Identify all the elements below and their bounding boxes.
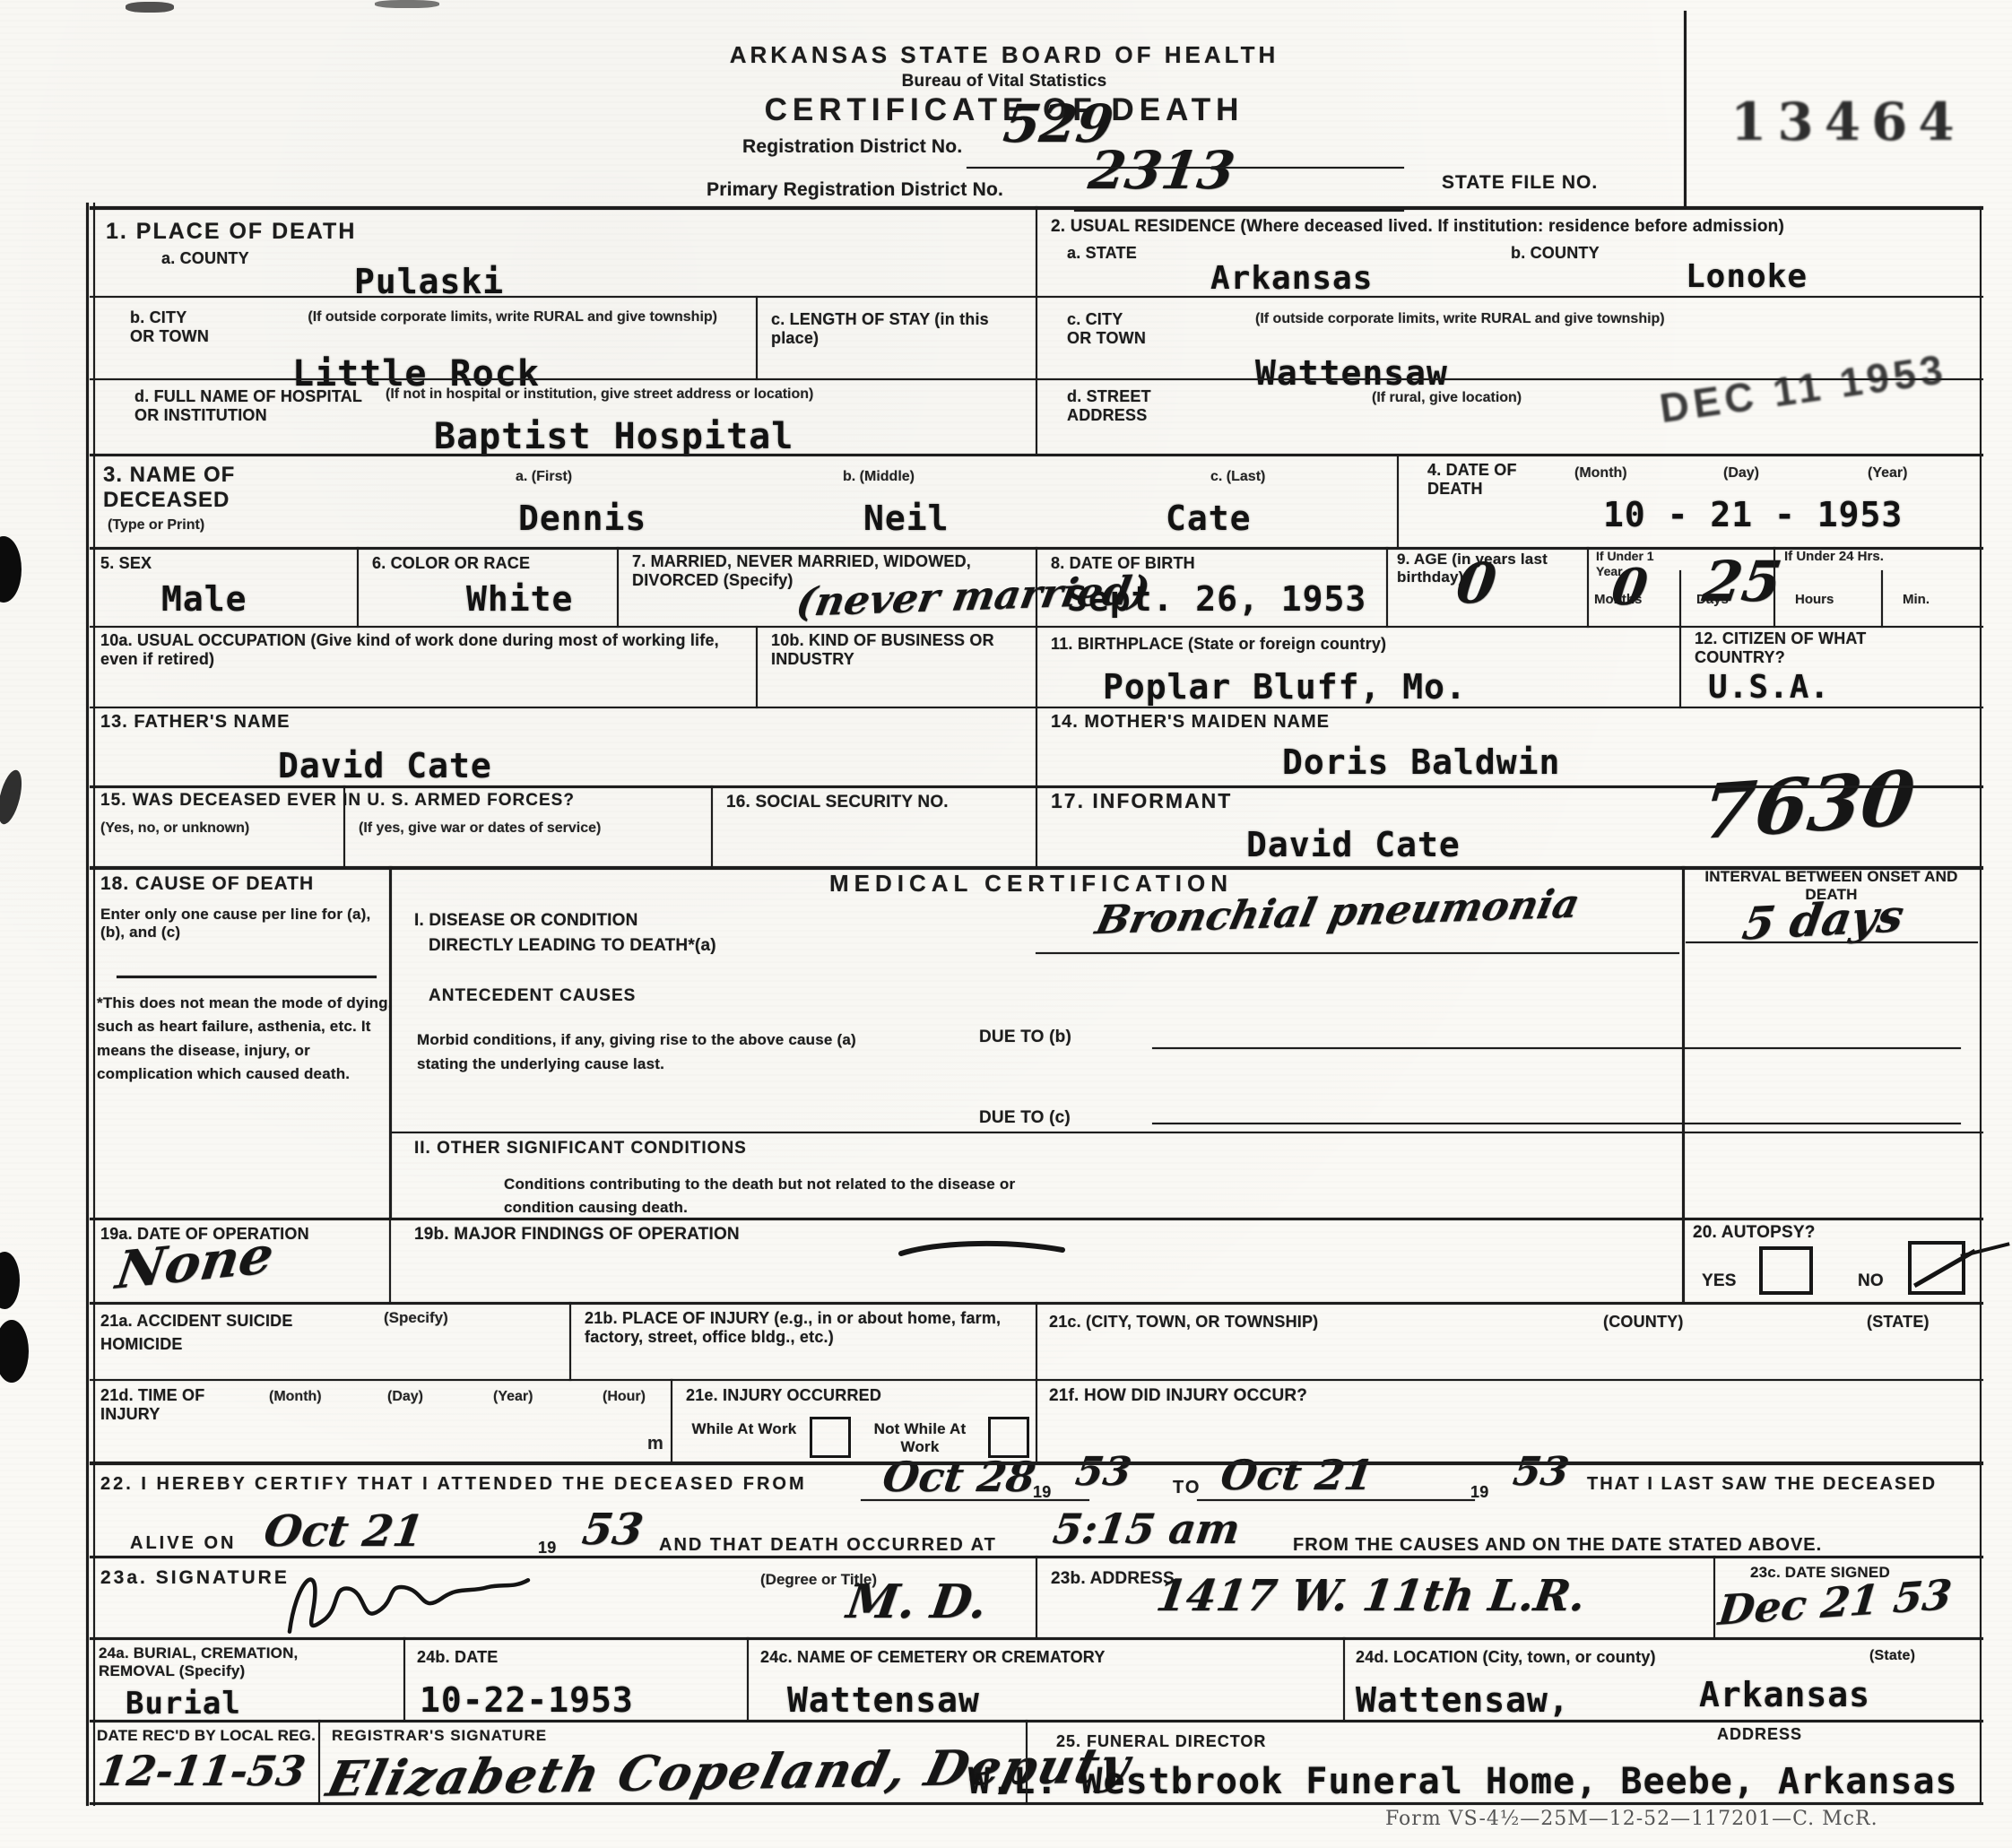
grid-line [1036, 785, 1037, 868]
mother-value: Doris Baldwin [1282, 742, 1560, 782]
injury-while-checkbox [810, 1417, 851, 1458]
cause-note2: *This does not mean the mode of dying, s… [97, 992, 393, 1086]
grid-line [1686, 941, 1978, 943]
grid-line [967, 167, 1404, 169]
autopsy-no-mark-tail [1960, 1242, 2009, 1257]
signature-address-label: 23b. ADDRESS [1051, 1569, 1175, 1589]
cause-note1: Enter only one cause per line for (a), (… [100, 906, 387, 941]
grid-line [1036, 1556, 1037, 1639]
burial-location-state-label: (State) [1869, 1648, 1915, 1665]
dod-month-label: (Month) [1574, 464, 1627, 482]
grid-line [617, 547, 619, 628]
res-city-note: (If outside corporate limits, write RURA… [1255, 310, 1829, 327]
father-value: David Cate [278, 746, 492, 785]
state-file-label: STATE FILE NO. [1442, 172, 1598, 195]
place-of-death-title: 1. PLACE OF DEATH [106, 219, 356, 246]
injury-meridian-mark: m [647, 1433, 663, 1454]
grid-line [1881, 570, 1883, 628]
burial-date-label: 24b. DATE [417, 1648, 498, 1667]
grid-line [389, 1218, 391, 1304]
informant-margin-number: 7630 [1698, 753, 1920, 856]
grid-line [1026, 1720, 1028, 1804]
res-street-note: (If rural, give location) [1372, 389, 1522, 406]
form-number: Form VS-4½—25M—12-52—117201—C. McR. [1385, 1808, 1878, 1830]
citizen-value: U.S.A. [1708, 669, 1830, 706]
grid-line [747, 1637, 749, 1722]
citizen-label: 12. CITIZEN OF WHAT COUNTRY? [1695, 629, 1946, 667]
birthplace-value: Poplar Bluff, Mo. [1103, 667, 1467, 707]
board-title: ARKANSAS STATE BOARD OF HEALTH [574, 41, 1435, 69]
funeral-address-label: ADDRESS [1717, 1725, 1802, 1744]
primary-district-value: 2313 [1085, 140, 1238, 201]
age-min-label: Min. [1903, 592, 1930, 608]
name-last-value: Cate [1166, 499, 1252, 538]
certify-alive-year-value: 53 [579, 1505, 646, 1555]
grid-line [93, 203, 95, 1806]
injury-state-label: (STATE) [1867, 1313, 1930, 1332]
antecedent-note: Morbid conditions, if any, giving rise t… [417, 1028, 901, 1076]
dod-day-label: (Day) [1723, 464, 1759, 482]
grid-line [1036, 1379, 1037, 1463]
grid-line [1713, 1556, 1715, 1639]
grid-line [1980, 206, 1982, 1804]
injury-hour-label: (Hour) [603, 1388, 646, 1405]
disease-label-line2: DIRECTLY LEADING TO DEATH*(a) [429, 936, 716, 956]
informant-label: 17. INFORMANT [1051, 789, 1232, 813]
cause-of-death-label: 18. CAUSE OF DEATH [100, 873, 314, 896]
primary-district-label: Primary Registration District No. [707, 179, 1003, 202]
certify-alive-label: ALIVE ON [130, 1533, 236, 1555]
certify-line2-post: FROM THE CAUSES AND ON THE DATE STATED A… [1293, 1535, 1822, 1557]
grid-line [90, 1218, 1983, 1220]
autopsy-yes-checkbox [1759, 1246, 1813, 1295]
cemetery-label: 24c. NAME OF CEMETERY OR CREMATORY [760, 1648, 1106, 1667]
res-county-value: Lonoke [1686, 258, 1808, 295]
grid-line [403, 1637, 405, 1722]
grid-line [1682, 866, 1685, 1304]
grid-line [90, 1720, 1983, 1722]
grid-line [711, 785, 713, 868]
accident-label: 21a. ACCIDENT SUICIDE HOMICIDE [100, 1309, 316, 1356]
grid-line [1036, 547, 1037, 628]
certify-line1-post: THAT I LAST SAW THE DECEASED [1587, 1474, 1937, 1496]
autopsy-yes-label: YES [1702, 1271, 1737, 1291]
injury-city-label: 21c. (CITY, TOWN, OR TOWNSHIP) [1049, 1313, 1318, 1332]
other-conditions-label: II. OTHER SIGNIFICANT CONDITIONS [414, 1139, 747, 1158]
res-state-label: a. STATE [1067, 244, 1137, 263]
grid-line [1679, 626, 1681, 708]
injury-time-label: 21d. TIME OF INJURY [100, 1386, 212, 1424]
grid-line [1197, 1499, 1475, 1501]
scan-artifact [0, 1320, 29, 1383]
res-state-value: Arkansas [1210, 260, 1373, 297]
injury-year-label: (Year) [493, 1388, 533, 1405]
name-middle-label: b. (Middle) [843, 468, 915, 485]
res-city-value: Wattensaw [1255, 353, 1448, 393]
age-value: 0 [1453, 551, 1500, 616]
mother-label: 14. MOTHER'S MAIDEN NAME [1051, 712, 1330, 733]
grid-line [1036, 1302, 1037, 1381]
grid-line [756, 296, 758, 380]
certify-time-value: 5:15 am [1050, 1505, 1243, 1553]
grid-line [318, 1720, 320, 1804]
dod-value: 10 - 21 - 1953 [1603, 495, 1903, 534]
scan-artifact [0, 1252, 20, 1309]
grid-line [1774, 547, 1775, 628]
grid-line [1152, 1123, 1961, 1124]
certify-from-value: Oct 28 [880, 1453, 1038, 1501]
race-value: White [466, 579, 573, 619]
injury-county-label: (COUNTY) [1603, 1313, 1684, 1332]
certify-to-year-value: 53 [1510, 1449, 1571, 1495]
dod-year-label: (Year) [1868, 464, 1907, 482]
injury-month-label: (Month) [269, 1388, 322, 1405]
certify-line1: 22. I HEREBY CERTIFY THAT I ATTENDED THE… [100, 1474, 807, 1496]
res-city-label: c. CITY OR TOWN [1067, 310, 1149, 348]
dod-label: 4. DATE OF DEATH [1427, 461, 1548, 499]
death-certificate-scan: ARKANSAS STATE BOARD OF HEALTH Bureau of… [0, 0, 2012, 1848]
registration-district-label: Registration District No. [742, 136, 962, 159]
grid-line [389, 866, 392, 1219]
date-received-value: 12-11-53 [95, 1747, 308, 1795]
pod-stay-label: c. LENGTH OF STAY (in this place) [771, 310, 1022, 348]
grid-line [343, 785, 345, 868]
armed-forces-note1: (Yes, no, or unknown) [100, 820, 249, 837]
ssn-label: 16. SOCIAL SECURITY NO. [726, 793, 949, 812]
name-subtitle: (Type or Print) [108, 516, 204, 534]
age-hours-label: Hours [1795, 592, 1834, 608]
bureau-subtitle: Bureau of Vital Statistics [574, 72, 1435, 91]
birthplace-label: 11. BIRTHPLACE (State or foreign country… [1051, 635, 1386, 654]
dob-value: Sept. 26, 1953 [1067, 579, 1366, 619]
scan-artifact [375, 0, 439, 8]
race-label: 6. COLOR OR RACE [372, 554, 530, 573]
injury-occurred-label: 21e. INJURY OCCURRED [686, 1386, 881, 1405]
antecedent-label: ANTECEDENT CAUSES [429, 986, 636, 1006]
age-months-value: 0 [1608, 558, 1651, 617]
pod-county-label: a. COUNTY [161, 249, 249, 268]
scan-artifact [0, 536, 22, 603]
registrar-signature-label: REGISTRAR'S SIGNATURE [332, 1727, 547, 1745]
burial-date-value: 10-22-1953 [420, 1680, 634, 1720]
age-under-24-label: If Under 24 Hrs. [1784, 549, 1973, 565]
burial-location-state-value: Arkansas [1699, 1675, 1870, 1714]
burial-type-value: Burial [126, 1686, 241, 1722]
funeral-director-value: W.L. Westbrook Funeral Home, Beebe, Arka… [968, 1761, 1958, 1802]
autopsy-no-label: NO [1858, 1271, 1884, 1291]
grid-line [1679, 570, 1681, 628]
grid-line [1397, 455, 1399, 549]
pod-hospital-note: (If not in hospital or institution, give… [386, 386, 1040, 403]
funeral-director-label: 25. FUNERAL DIRECTOR [1056, 1732, 1266, 1751]
disease-label-line1: I. DISEASE OR CONDITION [414, 911, 638, 931]
name-title: 3. NAME OF DECEASED [103, 463, 296, 514]
certify-from-year-value: 53 [1072, 1449, 1133, 1495]
father-label: 13. FATHER'S NAME [100, 712, 290, 733]
certify-to-value: Oct 21 [1218, 1451, 1376, 1499]
injury-while-label: While At Work [686, 1420, 802, 1438]
residence-title: 2. USUAL RESIDENCE (Where deceased lived… [1051, 217, 1974, 237]
scan-artifact [0, 768, 26, 826]
grid-line [569, 1302, 571, 1381]
dob-label: 8. DATE OF BIRTH [1051, 554, 1195, 573]
other-conditions-note: Conditions contributing to the death but… [504, 1173, 1087, 1219]
grid-line [86, 203, 89, 1806]
grid-line [392, 1132, 1983, 1133]
name-first-label: a. (First) [516, 468, 572, 485]
pod-hospital-value: Baptist Hospital [434, 416, 794, 457]
sex-label: 5. SEX [100, 554, 152, 573]
sex-value: Male [161, 579, 247, 619]
grid-line [1074, 210, 1404, 212]
grid-line [1036, 707, 1037, 787]
grid-line [1343, 1637, 1345, 1722]
cemetery-value: Wattensaw [787, 1680, 980, 1720]
grid-line [1587, 547, 1589, 628]
certify-occurred-label: AND THAT DEATH OCCURRED AT [659, 1535, 997, 1557]
grid-line [756, 626, 758, 708]
res-street-label: d. STREET ADDRESS [1067, 387, 1184, 425]
divider [117, 976, 377, 978]
accident-specify-label: (Specify) [384, 1309, 448, 1327]
state-file-number-stamp: 13464 [1730, 91, 1965, 152]
date-received-label: DATE REC'D BY LOCAL REG. [97, 1727, 321, 1745]
injury-how-label: 21f. HOW DID INJURY OCCUR? [1049, 1386, 1307, 1406]
armed-forces-label: 15. WAS DECEASED EVER IN U. S. ARMED FOR… [100, 791, 710, 811]
name-first-value: Dennis [518, 499, 646, 538]
burial-location-value: Wattensaw, [1356, 1680, 1570, 1720]
burial-type-label: 24a. BURIAL, CREMATION, REMOVAL (Specify… [99, 1644, 332, 1680]
occupation-label: 10a. USUAL OCCUPATION (Give kind of work… [100, 631, 719, 669]
grid-line [1152, 1047, 1961, 1049]
scan-artifact [126, 2, 174, 13]
grid-line [1386, 547, 1388, 628]
injury-not-while-label: Not While At Work [859, 1420, 981, 1456]
pen-scrawl-mark [897, 1237, 1067, 1259]
name-middle-value: Neil [863, 499, 950, 538]
date-received-stamp: DEC 11 1953 [1657, 346, 1950, 432]
business-label: 10b. KIND OF BUSINESS OR INDUSTRY [771, 631, 1040, 669]
grid-line [1036, 626, 1037, 708]
due-to-b-label: DUE TO (b) [979, 1028, 1071, 1047]
grid-line [671, 1379, 672, 1463]
signature-address-value: 1417 W. 11th L.R. [1153, 1571, 1589, 1621]
grid-line [90, 1802, 1983, 1805]
injury-place-label: 21b. PLACE OF INJURY (e.g., in or about … [585, 1309, 1033, 1347]
res-county-label: b. COUNTY [1511, 244, 1600, 263]
grid-line [1036, 952, 1679, 954]
pod-city-label: b. CITY OR TOWN [130, 308, 212, 346]
age-days-value: 25 [1699, 549, 1786, 614]
pod-hospital-label: d. FULL NAME OF HOSPITAL OR INSTITUTION [134, 387, 377, 425]
grid-line [357, 547, 359, 628]
burial-location-label: 24d. LOCATION (City, town, or county) [1356, 1648, 1656, 1667]
armed-forces-note2: (If yes, give war or dates of service) [359, 820, 601, 837]
informant-value: David Cate [1246, 825, 1461, 864]
autopsy-label: 20. AUTOPSY? [1693, 1223, 1816, 1243]
pod-city-note: (If outside corporate limits, write RURA… [224, 308, 717, 325]
grid-line [1036, 206, 1037, 455]
name-last-label: c. (Last) [1210, 468, 1265, 485]
due-to-c-label: DUE TO (c) [979, 1108, 1071, 1128]
operation-findings-label: 19b. MAJOR FINDINGS OF OPERATION [414, 1225, 740, 1245]
injury-day-label: (Day) [387, 1388, 423, 1405]
certify-to-label: TO [1173, 1478, 1201, 1499]
signature-degree-value: M. D. [844, 1575, 991, 1629]
grid-line [861, 1499, 1089, 1501]
signature-label: 23a. SIGNATURE [100, 1567, 290, 1590]
grid-line [1684, 11, 1687, 208]
